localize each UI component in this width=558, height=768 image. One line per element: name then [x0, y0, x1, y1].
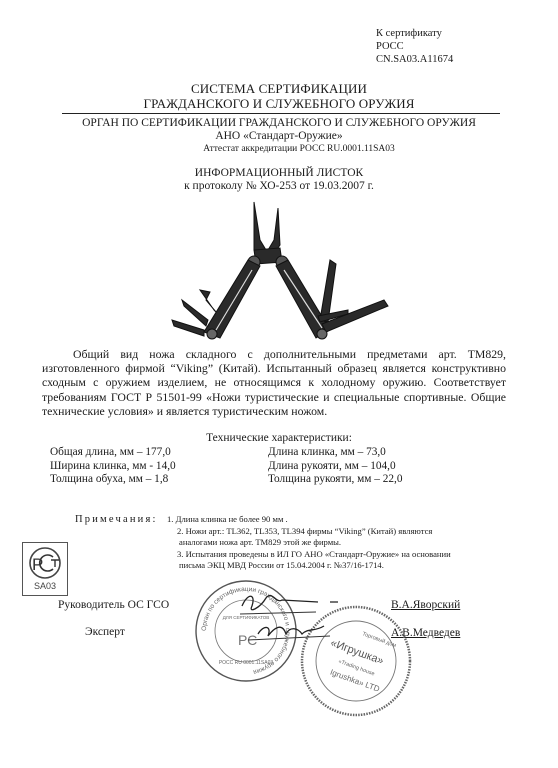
notes-list: 1. Длина клинка не более 90 мм . 2. Ножи… [167, 514, 512, 572]
description-text: Общий вид ножа складного с дополнительны… [42, 347, 506, 418]
handwritten-signatures [238, 588, 378, 648]
spec-overall-length: Общая длина, мм – 177,0 [50, 446, 176, 460]
header-divider [62, 113, 500, 114]
mark-code: SA03 [34, 581, 56, 591]
notes-label: Примечания: [75, 514, 158, 525]
note-1: 1. Длина клинка не более 90 мм . [167, 514, 512, 526]
spec-handle-length: Длина рукояти, мм – 104,0 [268, 460, 403, 474]
note-2: 2. Ножи арт.: TL362, TL353, TL394 фирмы … [167, 526, 512, 538]
info-sheet-title: ИНФОРМАЦИОННЫЙ ЛИСТОК [0, 167, 558, 180]
protocol-reference: к протоколу № ХО-253 от 19.03.2007 г. [0, 180, 558, 193]
certificate-reference: К сертификату РОСС CN.SA03.A11674 [376, 27, 480, 66]
accreditation-certificate: Аттестат аккредитации РОСС RU.0001.11SA0… [40, 143, 558, 156]
note-3-cont: письма ЭКЦ МВД России от 15.04.2004 г. №… [167, 560, 512, 572]
system-header: СИСТЕМА СЕРТИФИКАЦИИ ГРАЖДАНСКОГО И СЛУЖ… [0, 81, 558, 111]
signatory-role-head: Руководитель ОС ГСО [58, 599, 169, 611]
spec-blade-width: Ширина клинка, мм - 14,0 [50, 460, 176, 474]
organization-name: ОРГАН ПО СЕРТИФИКАЦИИ ГРАЖДАНСКОГО И СЛУ… [0, 117, 558, 130]
spec-spine-thickness: Толщина обуха, мм – 1,8 [50, 473, 176, 487]
info-sheet-heading: ИНФОРМАЦИОННЫЙ ЛИСТОК к протоколу № ХО-2… [0, 167, 558, 193]
system-line-1: СИСТЕМА СЕРТИФИКАЦИИ [0, 81, 558, 96]
note-2-cont: аналогами ножа арт. ТМ829 этой же фирмы. [167, 537, 512, 549]
pct-logo-icon: P SA03 [23, 543, 67, 595]
tech-specs-right: Длина клинка, мм – 73,0 Длина рукояти, м… [268, 446, 403, 487]
multitool-illustration [170, 200, 390, 345]
spec-handle-thickness: Толщина рукояти, мм – 22,0 [268, 473, 403, 487]
certification-mark: P SA03 [22, 542, 68, 596]
system-line-2: ГРАЖДАНСКОГО И СЛУЖЕБНОГО ОРУЖИЯ [0, 96, 558, 111]
organization-ano: АНО «Стандарт-Оружие» [0, 130, 558, 143]
reference-line-1: К сертификату [376, 27, 480, 40]
reference-number: РОСС CN.SA03.A11674 [376, 40, 480, 66]
multitool-icon [170, 200, 390, 345]
spec-blade-length: Длина клинка, мм – 73,0 [268, 446, 403, 460]
note-3: 3. Испытания проведены в ИЛ ГО АНО «Стан… [167, 549, 512, 561]
svg-text:РОСС RU 0001.11SA03: РОСС RU 0001.11SA03 [219, 660, 273, 666]
description-paragraph: Общий вид ножа складного с дополнительны… [42, 347, 506, 418]
organization-block: ОРГАН ПО СЕРТИФИКАЦИИ ГРАЖДАНСКОГО И СЛУ… [0, 117, 558, 156]
tech-specs-title: Технические характеристики: [0, 432, 558, 444]
tech-specs-left: Общая длина, мм – 177,0 Ширина клинка, м… [50, 446, 176, 487]
signatory-role-expert: Эксперт [85, 626, 125, 638]
